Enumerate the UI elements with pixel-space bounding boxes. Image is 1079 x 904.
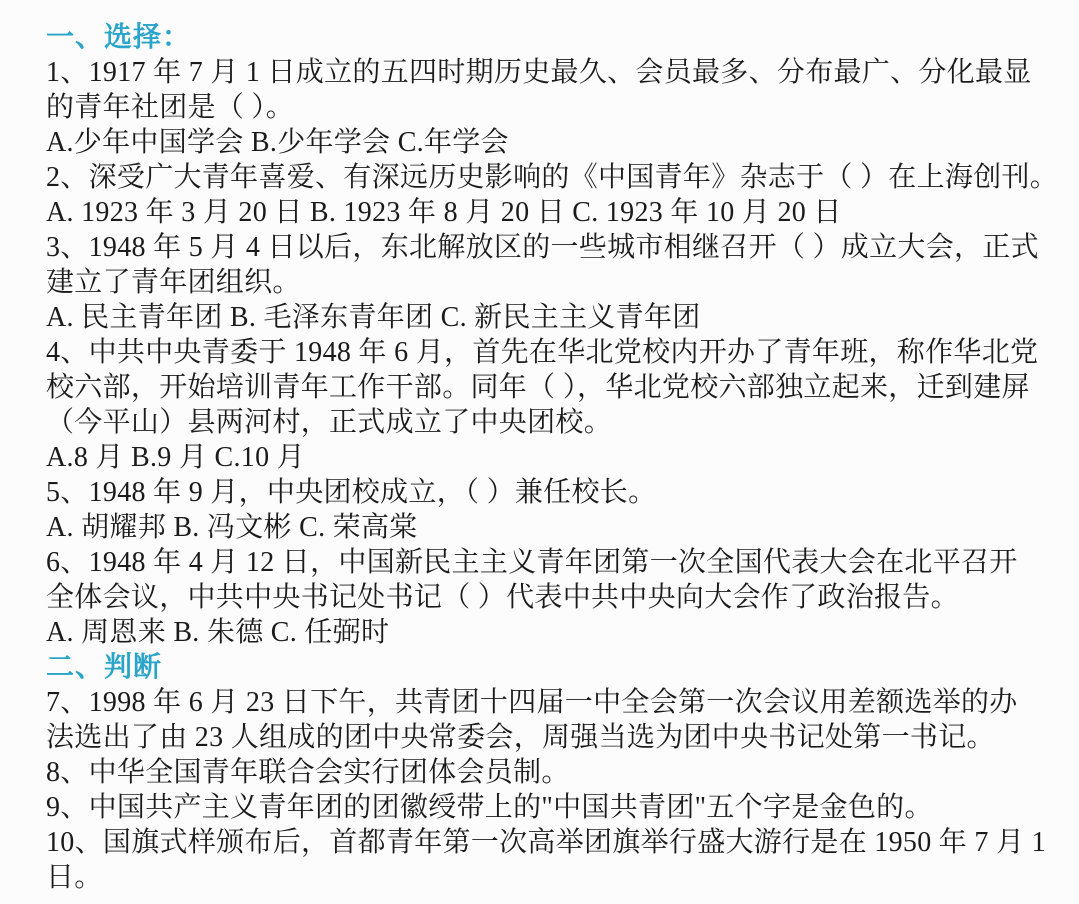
text-line: 法选出了由 23 人组成的团中央常委会，周强当选为团中央书记处第一书记。 (46, 720, 1051, 755)
text-line: 日。 (46, 860, 1051, 895)
text-line: 9、中国共产主义青年团的团徽绶带上的"中国共青团"五个字是金色的。 (46, 790, 1051, 825)
text-line: 建立了青年团组织。 (46, 265, 1051, 300)
text-line: 3、1948 年 5 月 4 日以后，东北解放区的一些城市相继召开（ ）成立大会… (46, 230, 1051, 265)
text-line: A.8 月 B.9 月 C.10 月 (46, 440, 1051, 475)
text-line: A. 民主青年团 B. 毛泽东青年团 C. 新民主主义青年团 (46, 300, 1051, 335)
text-line: 8、中华全国青年联合会实行团体会员制。 (46, 755, 1051, 790)
text-line: A.少年中国学会 B.少年学会 C.年学会 (46, 125, 1051, 160)
text-line: 5、1948 年 9 月，中央团校成立，（ ）兼任校长。 (46, 475, 1051, 510)
text-line: 10、国旗式样颁布后，首都青年第一次高举团旗举行盛大游行是在 1950 年 7 … (46, 825, 1051, 860)
text-line: 1、1917 年 7 月 1 日成立的五四时期历史最久、会员最多、分布最广、分化… (46, 55, 1051, 90)
text-line: A. 胡耀邦 B. 冯文彬 C. 荣高棠 (46, 510, 1051, 545)
text-line: A. 1923 年 3 月 20 日 B. 1923 年 8 月 20 日 C.… (46, 195, 1051, 230)
text-line: 全体会议，中共中央书记处书记（ ）代表中共中央向大会作了政治报告。 (46, 580, 1051, 615)
section-multiple-choice: 一、选择： 1、1917 年 7 月 1 日成立的五四时期历史最久、会员最多、分… (46, 20, 1051, 650)
text-line: （今平山）县两河村，正式成立了中央团校。 (46, 405, 1051, 440)
text-line: 4、中共中央青委于 1948 年 6 月，首先在华北党校内开办了青年班，称作华北… (46, 335, 1051, 370)
section-heading-judge: 二、判断 (46, 650, 1051, 685)
text-line: 7、1998 年 6 月 23 日下午，共青团十四届一中全会第一次会议用差额选举… (46, 685, 1051, 720)
document-page: 一、选择： 1、1917 年 7 月 1 日成立的五四时期历史最久、会员最多、分… (0, 0, 1079, 904)
text-line: 6、1948 年 4 月 12 日，中国新民主主义青年团第一次全国代表大会在北平… (46, 545, 1051, 580)
section-heading-choice: 一、选择： (46, 20, 1051, 55)
section-true-false: 二、判断 7、1998 年 6 月 23 日下午，共青团十四届一中全会第一次会议… (46, 650, 1051, 895)
text-line: 2、深受广大青年喜爱、有深远历史影响的《中国青年》杂志于（ ）在上海创刊。 (46, 160, 1051, 195)
text-line: A. 周恩来 B. 朱德 C. 任弼时 (46, 615, 1051, 650)
text-line: 校六部，开始培训青年工作干部。同年（ ），华北党校六部独立起来，迁到建屏 (46, 370, 1051, 405)
text-line: 的青年社团是（ ）。 (46, 90, 1051, 125)
